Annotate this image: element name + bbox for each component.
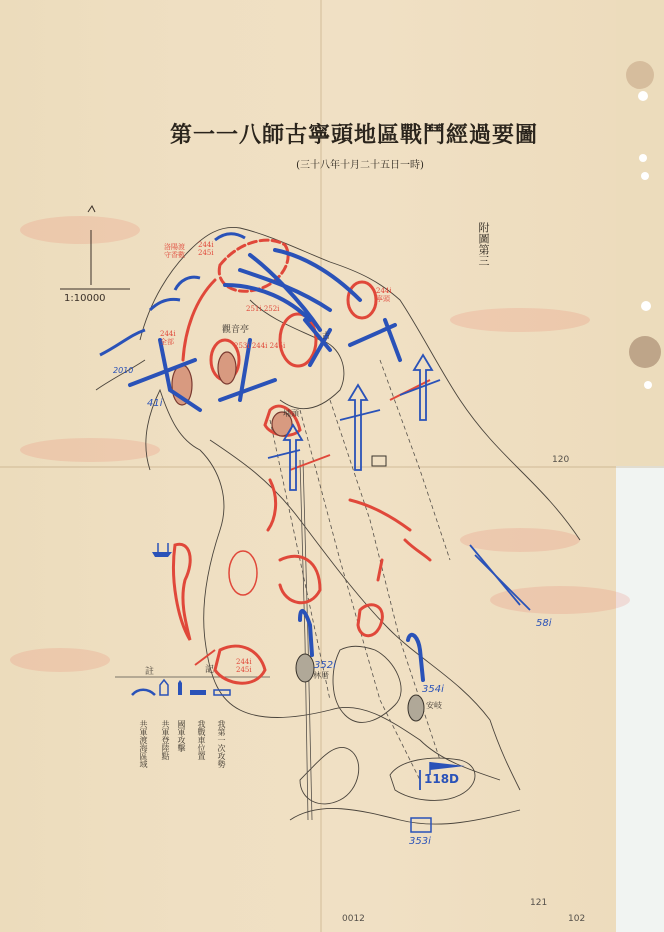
paper-stains [626,61,661,389]
legend-item-3: 國軍攻擊 [176,720,186,780]
unit-label-2010: 2010 [113,366,133,375]
map-title: 第一一八師古寧頭地區戰鬥經過要圖 [170,118,530,149]
enemy-label-mid: 253i 244i 245i [234,342,285,350]
annex-label: 附圖第三 [476,222,490,266]
legend-item-2: 我戰車位置 [196,720,206,780]
tank-symbol-left [152,543,172,557]
unit-label-58i: 58i [536,618,552,629]
unit-label-41i: 41i [147,398,163,409]
place-label-anqi: 安岐 [426,700,442,711]
place-label-puyuan: 埔頭 [283,408,299,419]
enemy-label-right: 244i 寧頭 [376,287,400,303]
legend-item-5: 共軍渡海區域 [138,720,148,790]
legend-item-1: 我第一次攻勢 [216,720,226,780]
friendly-attack-arrows [130,250,423,680]
unit-label-353i: 353i [409,836,431,847]
scale-label: 1:10000 [64,293,106,304]
legend-header-right: 記 [205,662,214,675]
place-label-gu: 古 [322,330,330,341]
unit-box-marker [372,456,386,466]
enemy-label-upper: 251i 252i [246,305,279,313]
page-number: 102 [568,914,585,924]
enemy-label-cliff: 244i 全部 [160,330,182,346]
legend-header-left: 註 [145,664,154,677]
unit-label-354i: 354i [422,684,444,695]
red-wash [10,216,630,672]
enemy-label-left: 244i 245i [198,241,224,257]
place-label-linchuo: 林厝 [313,670,329,681]
sheet-number: 121 [530,898,547,908]
red-front-lines [195,380,430,665]
map-subtitle-date: (三十八年十月二十五日一時) [260,156,460,171]
enemy-label-bottom: 244i 245i [236,658,260,674]
place-label-guanyin: 觀音亭 [222,322,249,335]
unit-label-118d: 118D [424,772,459,786]
enemy-label-left-notes: 洛陽渡 守香數 [164,243,194,259]
grid-annotation: 120 [552,455,569,465]
legend-item-4: 共軍登陸點 [160,720,170,780]
archive-number: 0012 [342,914,365,924]
unit-box-353i [411,818,431,832]
friendly-outline-arrows [268,355,530,790]
